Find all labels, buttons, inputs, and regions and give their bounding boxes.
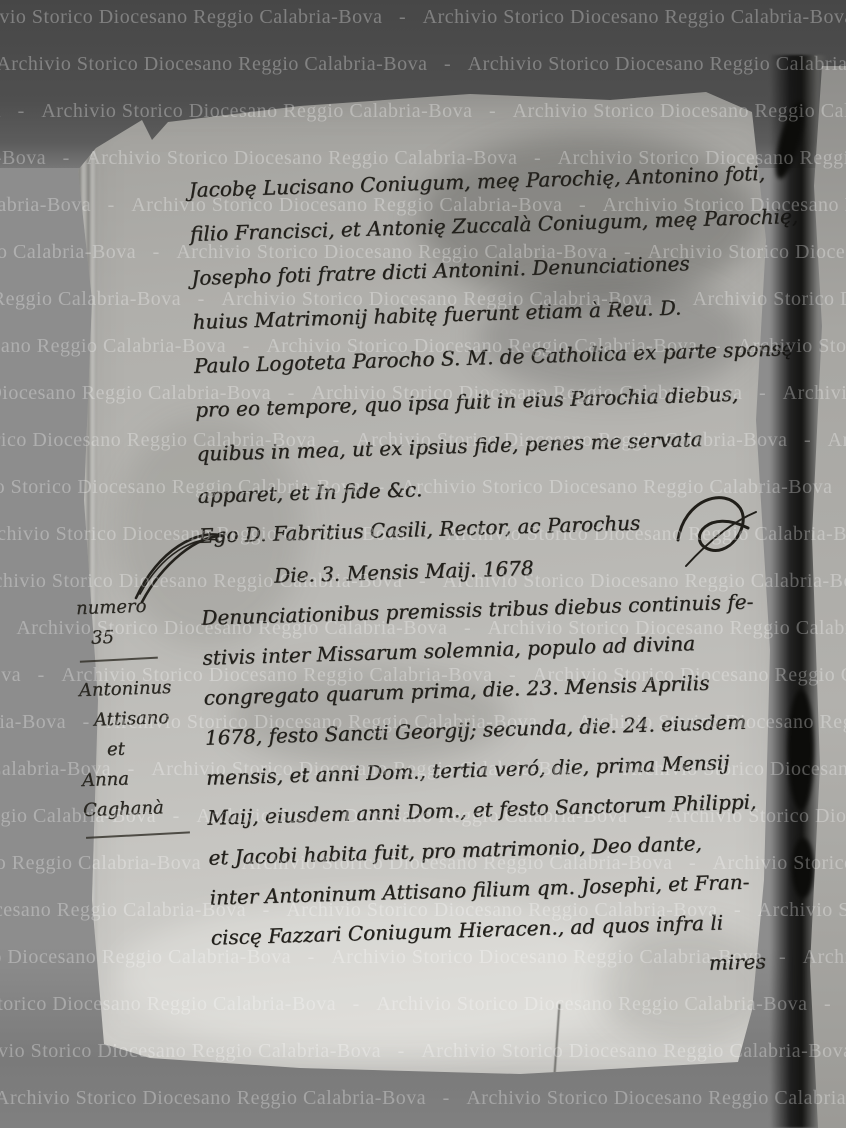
margin-annotations: numero 35 Antoninus Attisano et Anna Cag… [76,590,205,852]
margin-numero-value: 35 [77,620,198,654]
margin-bride-name: Anna [82,762,203,796]
archive-photo: numero 35 Antoninus Attisano et Anna Cag… [0,0,846,1128]
margin-rule [86,831,190,838]
watermark-text-row: Archivio Storico Diocesano Reggio Calabr… [0,1087,846,1110]
margin-conjunction: et [80,732,201,766]
margin-rule [80,657,158,663]
margin-bride-surname: Caghanà [83,792,204,826]
gutter-dark-spot [792,838,814,898]
gutter-dark-spot [788,690,814,810]
margin-groom-name: Antoninus [78,672,199,706]
manuscript-text: Jacobę Lucisano Coniugum, meę Parochię, … [188,150,812,997]
margin-numero-label: numero [76,590,197,624]
margin-groom-surname: Attisano [79,702,200,736]
